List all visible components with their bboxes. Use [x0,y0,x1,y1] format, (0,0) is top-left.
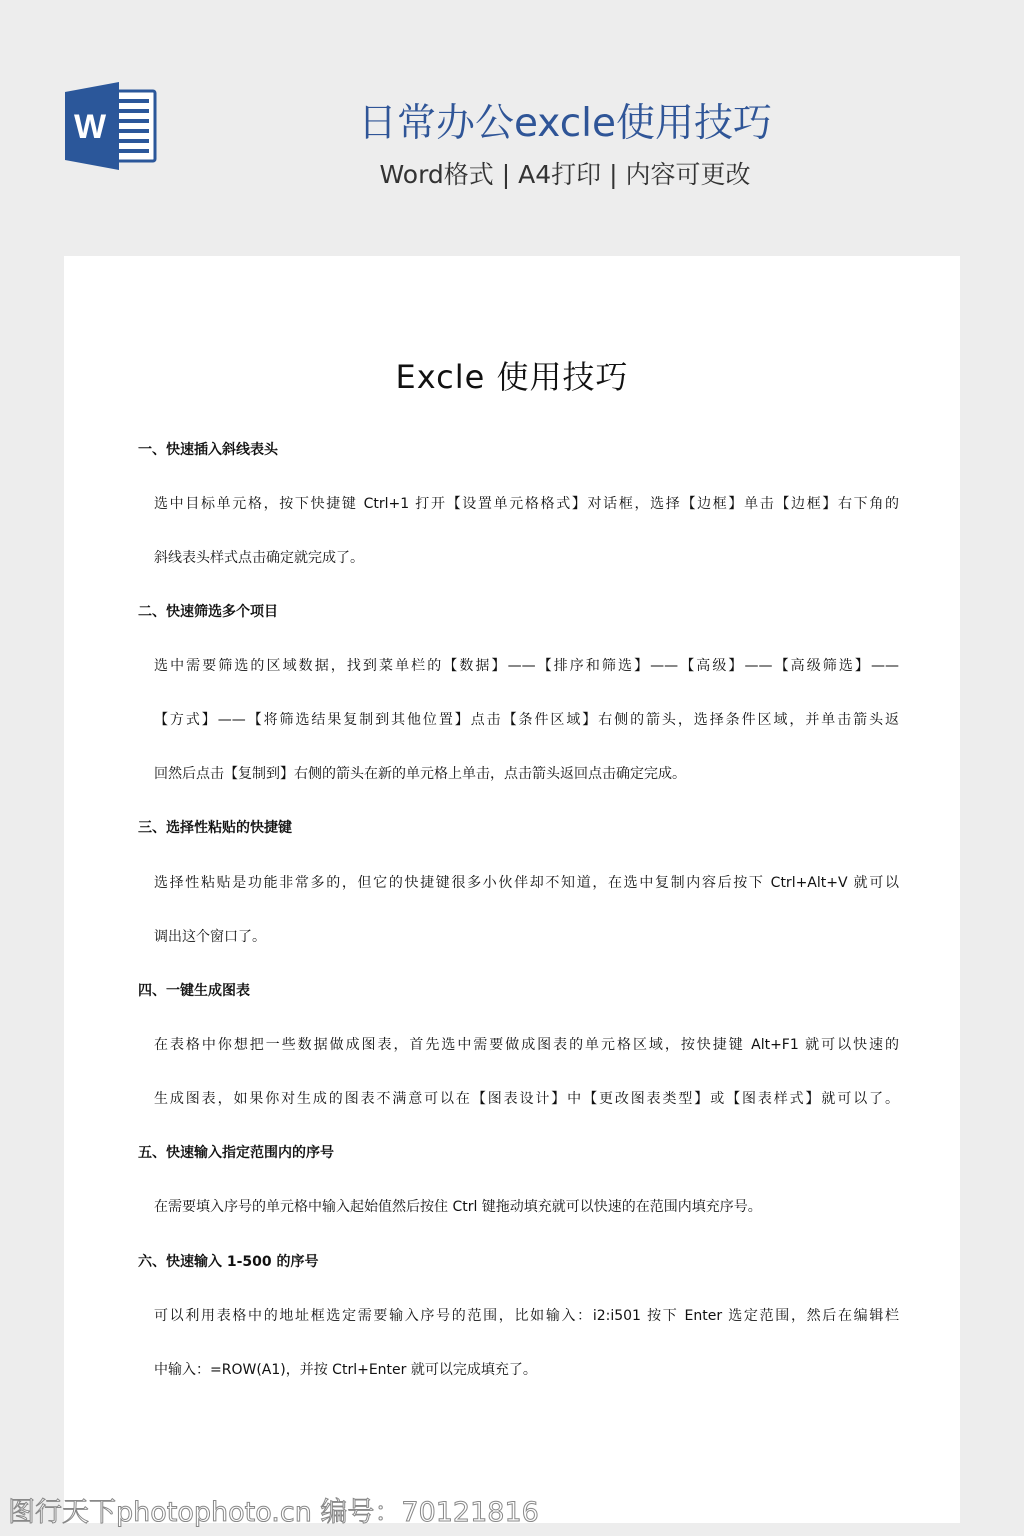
banner-title: 日常办公excle使用技巧 [300,92,830,148]
paragraph-line: 选择性粘贴是功能非常多的，但它的快捷键很多小伙伴却不知道，在选中复制内容后按下 … [154,872,899,892]
paragraph-line: 可以利用表格中的地址框选定需要输入序号的范围，比如输入：i2:i501 按下 E… [154,1305,899,1325]
watermark-text: 图行天下photophoto.cn 编号：70121816 [8,1490,539,1529]
word-document-icon: W [65,82,157,170]
section-heading-1: 一、快速插入斜线表头 [138,439,278,459]
section-heading-5: 五、快速输入指定范围内的序号 [138,1142,334,1162]
paragraph-line: 斜线表头样式点击确定就完成了。 [154,547,899,567]
banner-header: W 日常办公excle使用技巧 Word格式 | A4打印 | 内容可更改 [0,0,1024,256]
banner-subtitle: Word格式 | A4打印 | 内容可更改 [300,155,830,191]
section-heading-3: 三、选择性粘贴的快捷键 [138,817,292,837]
paragraph-line: 选中需要筛选的区域数据，找到菜单栏的【数据】——【排序和筛选】——【高级】——【… [154,655,899,675]
paragraph-line: 在需要填入序号的单元格中输入起始值然后按住 Ctrl 键拖动填充就可以快速的在范… [154,1196,899,1216]
section-heading-4: 四、一键生成图表 [138,980,250,1000]
section-heading-6: 六、快速输入 1-500 的序号 [138,1251,319,1271]
document-title: Excle 使用技巧 [0,352,1024,398]
paragraph-line: 调出这个窗口了。 [154,926,899,946]
paragraph-line: 回然后点击【复制到】右侧的箭头在新的单元格上单击，点击箭头返回点击确定完成。 [154,763,899,783]
paragraph-line: 中输入：=ROW(A1)，并按 Ctrl+Enter 就可以完成填充了。 [154,1359,899,1379]
paragraph-line: 生成图表，如果你对生成的图表不满意可以在【图表设计】中【更改图表类型】或【图表样… [154,1088,899,1108]
svg-text:W: W [74,108,107,146]
paragraph-line: 在表格中你想把一些数据做成图表，首先选中需要做成图表的单元格区域，按快捷键 Al… [154,1034,899,1054]
paragraph-line: 选中目标单元格，按下快捷键 Ctrl+1 打开【设置单元格格式】对话框，选择【边… [154,493,899,513]
section-heading-2: 二、快速筛选多个项目 [138,601,278,621]
paragraph-line: 【方式】——【将筛选结果复制到其他位置】点击【条件区域】右侧的箭头，选择条件区域… [154,709,899,729]
